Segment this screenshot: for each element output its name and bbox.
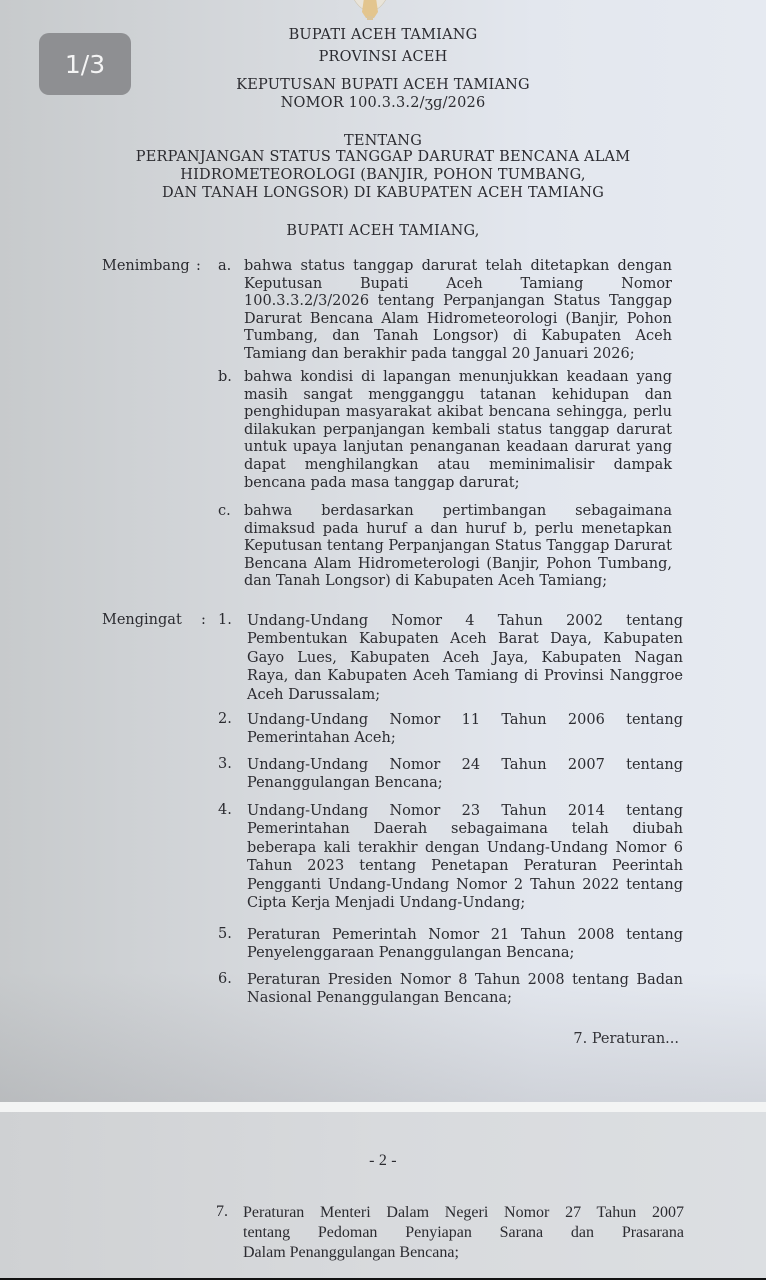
list-item: Peraturan Presiden Nomor 8 Tahun 2008 te…: [247, 971, 683, 1008]
list-item-line: untuk upaya lanjutan penanganan keadaan …: [244, 439, 672, 457]
list-item-line: Peraturan Pemerintah Nomor 21 Tahun 2008…: [247, 926, 683, 944]
subject-tentang: TENTANG: [0, 133, 766, 149]
list-item-marker: b.: [218, 369, 232, 385]
mengingat-label: Mengingat: [102, 612, 182, 628]
list-item-line: dimaksud pada huruf a dan huruf b, perlu…: [244, 521, 672, 539]
continuation-note: 7. Peraturan...: [573, 1031, 679, 1047]
subject-line-1: PERPANJANGAN STATUS TANGGAP DARURAT BENC…: [0, 149, 766, 165]
list-item-line: bencana pada masa tanggap darurat;: [244, 475, 672, 493]
list-item-line: Cipta Kerja Menjadi Undang-Undang;: [247, 894, 683, 912]
list-item-line: Tamiang dan berakhir pada tanggal 20 Jan…: [244, 346, 672, 364]
list-item-line: Keputusan Bupati Aceh Tamiang Nomor: [244, 276, 672, 294]
decree-title: KEPUTUSAN BUPATI ACEH TAMIANG: [0, 77, 766, 93]
menimbang-label: Menimbang: [102, 258, 190, 274]
list-item-line: Penanggulangan Bencana;: [247, 774, 683, 792]
list-item: Peraturan Pemerintah Nomor 21 Tahun 2008…: [247, 926, 683, 963]
list-item-marker: 3.: [218, 756, 232, 772]
list-item: bahwa berdasarkan pertimbangan sebagaima…: [244, 503, 672, 591]
list-item-marker: 6.: [218, 971, 232, 987]
list-item-line: Penyelenggaraan Penanggulangan Bencana;: [247, 944, 683, 962]
list-item-line: beberapa kali terakhir dengan Undang-Und…: [247, 839, 683, 857]
list-item-line: Pemerintahan Aceh;: [247, 729, 683, 747]
list-item-marker: 2.: [218, 711, 232, 727]
list-item-line: Pemerintahan Daerah sebagaimana telah di…: [247, 820, 683, 838]
list-item-line: Nasional Penanggulangan Bencana;: [247, 989, 683, 1007]
list-item: Undang-Undang Nomor 24 Tahun 2007 tentan…: [247, 756, 683, 793]
subject-line-3: DAN TANAH LONGSOR) DI KABUPATEN ACEH TAM…: [0, 185, 766, 201]
list-item-line: dan Tanah Longsor) di Kabupaten Aceh Tam…: [244, 573, 672, 591]
header-line-2: PROVINSI ACEH: [0, 49, 766, 65]
decree-number: NOMOR 100.3.3.2/ʒɡ/2026: [0, 95, 766, 111]
list-item: Peraturan Menteri Dalam Negeri Nomor 27 …: [243, 1203, 684, 1263]
list-item-line: masih sangat mengganggu tatanan kehidupa…: [244, 387, 672, 405]
list-item-line: Peraturan Presiden Nomor 8 Tahun 2008 te…: [247, 971, 683, 989]
list-item-line: Undang-Undang Nomor 11 Tahun 2006 tentan…: [247, 711, 683, 729]
list-item-marker: 5.: [218, 926, 232, 942]
list-item-line: bahwa status tanggap darurat telah ditet…: [244, 258, 672, 276]
list-item-line: dilakukan perpanjangan kembali status ta…: [244, 422, 672, 440]
subject-line-2: HIDROMETEOROLOGI (BANJIR, POHON TUMBANG,: [0, 167, 766, 183]
list-item: Undang-Undang Nomor 4 Tahun 2002 tentang…: [247, 612, 683, 704]
authority-heading: BUPATI ACEH TAMIANG,: [0, 223, 766, 239]
garuda-emblem-icon: [345, 0, 395, 22]
list-item-marker: 4.: [218, 802, 232, 818]
list-item-line: Pengganti Undang-Undang Nomor 2 Tahun 20…: [247, 876, 683, 894]
list-item-line: Pembentukan Kabupaten Aceh Barat Daya, K…: [247, 630, 683, 648]
list-item-line: Tahun 2023 tentang Penetapan Peraturan P…: [247, 857, 683, 875]
list-item-marker: c.: [218, 503, 231, 519]
list-item-line: bahwa berdasarkan pertimbangan sebagaima…: [244, 503, 672, 521]
list-item-line: tentang Pedoman Penyiapan Sarana dan Pra…: [243, 1223, 684, 1243]
page-divider: [0, 1102, 766, 1112]
list-item-line: Tumbang, dan Tanah Longsor) di Kabupaten…: [244, 328, 672, 346]
list-item-line: Undang-Undang Nomor 24 Tahun 2007 tentan…: [247, 756, 683, 774]
list-item-line: Aceh Darussalam;: [247, 686, 683, 704]
list-item-marker: 1.: [218, 612, 232, 628]
list-item-line: Keputusan tentang Perpanjangan Status Ta…: [244, 538, 672, 556]
list-item-line: Raya, dan Kabupaten Aceh Tamiang di Prov…: [247, 667, 683, 685]
mengingat-colon: :: [201, 612, 206, 628]
list-item-line: Darurat Bencana Alam Hidrometeorologi (B…: [244, 311, 672, 329]
list-item-line: Gayo Lues, Kabupaten Aceh Jaya, Kabupate…: [247, 649, 683, 667]
document-page-1: 1/3 BUPATI ACEH TAMIANG PROVINSI ACEH KE…: [0, 0, 766, 1102]
document-page-2: - 2 - 7.Peraturan Menteri Dalam Negeri N…: [0, 1112, 766, 1278]
list-item-line: Undang-Undang Nomor 4 Tahun 2002 tentang: [247, 612, 683, 630]
list-item: bahwa status tanggap darurat telah ditet…: [244, 258, 672, 364]
list-item-line: Undang-Undang Nomor 23 Tahun 2014 tentan…: [247, 802, 683, 820]
list-item-line: Bencana Alam Hidrometerologi (Banjir, Po…: [244, 556, 672, 574]
list-item-line: bahwa kondisi di lapangan menunjukkan ke…: [244, 369, 672, 387]
list-item-marker: a.: [218, 258, 231, 274]
header-line-1: BUPATI ACEH TAMIANG: [0, 27, 766, 43]
list-item: Undang-Undang Nomor 23 Tahun 2014 tentan…: [247, 802, 683, 912]
list-item: Undang-Undang Nomor 11 Tahun 2006 tentan…: [247, 711, 683, 748]
list-item-line: dapat menghilangkan atau meminimalisir d…: [244, 457, 672, 475]
page-number: - 2 -: [0, 1152, 766, 1170]
list-item-line: Peraturan Menteri Dalam Negeri Nomor 27 …: [243, 1203, 684, 1223]
list-item-line: penghidupan masyarakat akibat bencana se…: [244, 404, 672, 422]
list-item-line: 100.3.3.2/3/2026 tentang Perpanjangan St…: [244, 293, 672, 311]
list-item-marker: 7.: [216, 1203, 228, 1221]
list-item: bahwa kondisi di lapangan menunjukkan ke…: [244, 369, 672, 492]
menimbang-colon: :: [196, 258, 201, 274]
list-item-line: Dalam Penanggulangan Bencana;: [243, 1243, 684, 1263]
